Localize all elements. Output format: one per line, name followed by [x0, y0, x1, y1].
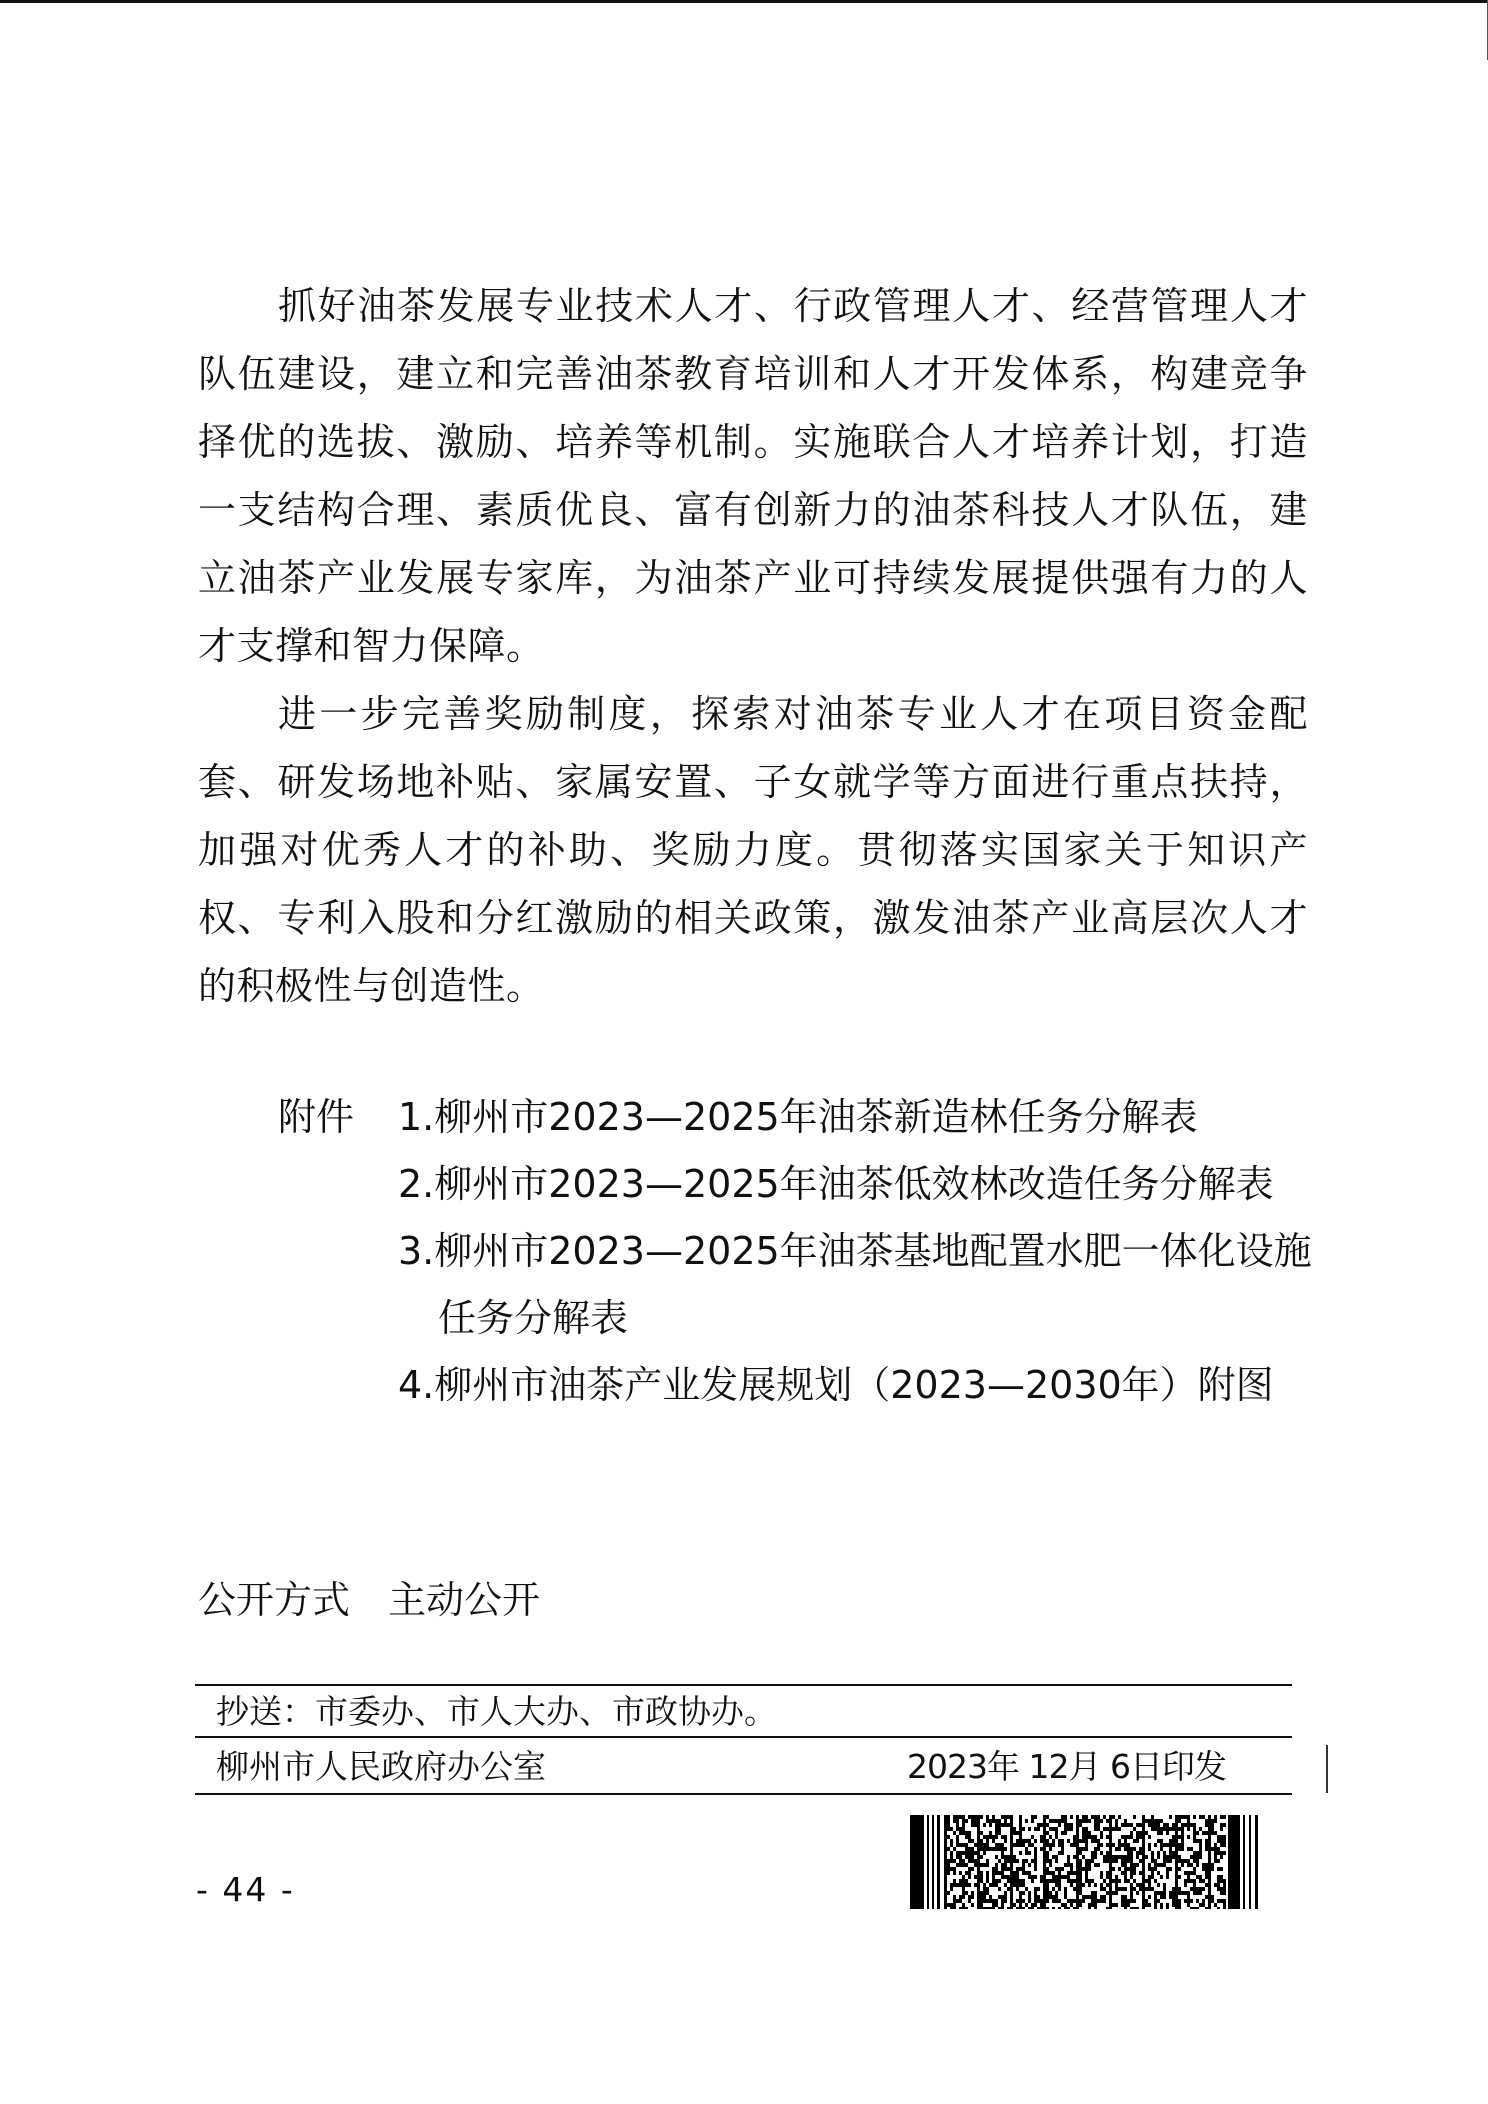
attachment-item: 4.柳州市油茶产业发展规划（2023—2030年）附图: [398, 1352, 1338, 1419]
body-text: 抓好油茶发展专业技术人才、行政管理人才、经营管理人才队伍建设，建立和完善油茶教育…: [198, 272, 1308, 1020]
margin-mark: [1326, 1745, 1328, 1793]
pdf417-barcode-icon: [910, 1815, 1262, 1909]
attachments-list: 1.柳州市2023—2025年油茶新造林任务分解表 2.柳州市2023—2025…: [398, 1084, 1338, 1419]
footer-rule-top: [195, 1684, 1292, 1686]
paragraph-incentives: 进一步完善奖励制度，探索对油茶专业人才在项目资金配套、研发场地补贴、家属安置、子…: [198, 680, 1308, 1020]
attachment-item: 1.柳州市2023—2025年油茶新造林任务分解表: [398, 1084, 1338, 1151]
footer-issuer: 柳州市人民政府办公室: [216, 1744, 546, 1790]
attachment-item: 3.柳州市2023—2025年油茶基地配置水肥一体化设施任务分解表: [398, 1218, 1338, 1352]
disclosure-method: 公开方式主动公开: [198, 1570, 540, 1630]
attachment-item: 2.柳州市2023—2025年油茶低效林改造任务分解表: [398, 1151, 1338, 1218]
disclosure-value: 主动公开: [388, 1578, 540, 1622]
page-number: - 44 -: [196, 1868, 295, 1912]
attachments-label: 附件: [278, 1084, 398, 1419]
footer-print-date: 2023年 12月 6日印发: [907, 1744, 1226, 1790]
disclosure-label: 公开方式: [198, 1578, 350, 1622]
page-top-border: [0, 0, 1488, 3]
footer-rule-bottom: [195, 1793, 1292, 1795]
footer-rule-middle: [195, 1736, 1292, 1738]
footer-cc: 抄送：市委办、市人大办、市政协办。: [216, 1690, 777, 1734]
paragraph-talent-team: 抓好油茶发展专业技术人才、行政管理人才、经营管理人才队伍建设，建立和完善油茶教育…: [198, 272, 1308, 680]
attachments-section: 附件 1.柳州市2023—2025年油茶新造林任务分解表 2.柳州市2023—2…: [278, 1084, 1338, 1419]
